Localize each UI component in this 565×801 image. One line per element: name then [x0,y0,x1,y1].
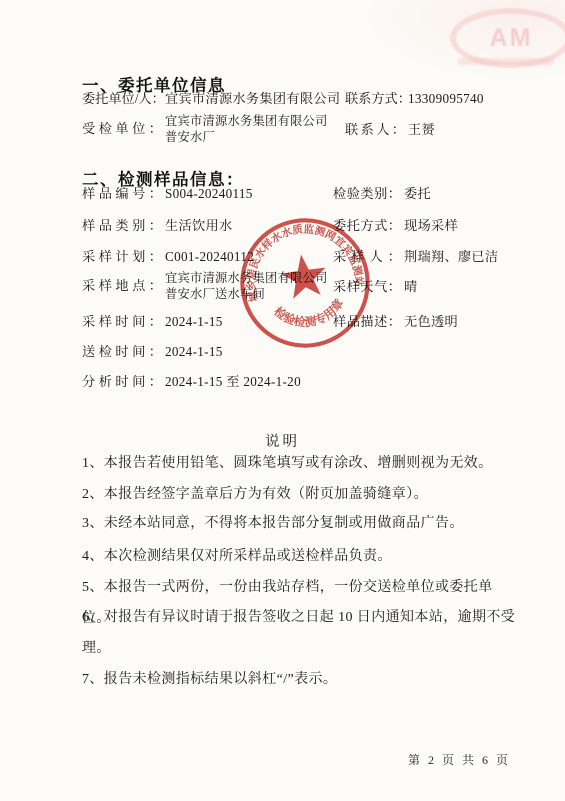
weather-value: 晴 [404,278,418,296]
row-analysis-time: 分析时间： 2024-1-15 至 2024-1-20 [82,373,301,391]
row-weather: 采样天气： 晴 [333,278,418,296]
sample-desc-value: 无色透明 [404,313,458,331]
note-item-2: 2、本报告经签字盖章后方为有效（附页加盖骑缝章）。 [82,479,520,510]
note-item-7: 7、报告未检测指标结果以斜杠“/”表示。 [82,664,520,695]
sample-type-value: 生活饮用水 [165,217,232,235]
sampler-value: 荆瑞翔、廖已洁 [404,248,498,266]
sampling-site-label: 采样地点： [82,277,162,295]
sampling-site-line1: 宜宾市清源水务集团有限公司 [165,270,327,287]
row-sample-desc: 样品描述： 无色透明 [333,313,458,331]
inspected-unit-value-line2: 普安水厂 [165,129,327,146]
row-delivery-time: 送检时间： 2024-1-15 [82,343,223,361]
watermark-text: AM [490,24,533,53]
row-sampling-plan: 采样计划： C001-20240112 [82,248,254,266]
row-sampler: 采样人： 荆瑞翔、廖已洁 [333,248,498,266]
sample-desc-label: 样品描述： [333,313,401,331]
contact-method-value: 13309095740 [408,90,484,108]
sampling-time-value: 2024-1-15 [165,313,223,331]
commission-mode-label: 委托方式： [333,217,401,235]
page-number: 第 2 页 共 6 页 [408,751,511,768]
sampling-time-label: 采样时间： [82,313,162,331]
contact-method-label: 联系方式： [345,90,405,108]
client-unit-value: 宜宾市清源水务集团有限公司 [165,90,340,108]
row-client-unit: 委托单位/人： 宜宾市清源水务集团有限公司 [82,90,340,108]
note-item-1: 1、本报告若使用铅笔、圆珠笔填写或有涂改、增删则视为无效。 [82,448,520,479]
note-item-4: 4、本次检测结果仅对所采样品或送检样品负责。 [82,541,520,572]
test-category-value: 委托 [404,185,431,203]
sample-type-label: 样品类别： [82,217,162,235]
client-unit-label: 委托单位/人： [82,90,162,108]
sample-no-value: S004-20240115 [165,185,253,203]
row-commission-mode: 委托方式： 现场采样 [333,217,458,235]
row-sampling-site: 采样地点： 宜宾市清源水务集团有限公司 普安水厂送水车间 [82,268,327,304]
row-contact-method: 联系方式： 13309095740 [345,90,484,108]
sampler-label: 采样人： [333,248,401,266]
inspected-unit-value: 宜宾市清源水务集团有限公司 普安水厂 [165,113,327,146]
weather-label: 采样天气： [333,278,401,296]
report-page: AM 一、委托单位信息 委托单位/人： 宜宾市清源水务集团有限公司 联系方式： … [0,0,565,801]
test-category-label: 检验类别： [333,185,401,203]
sampling-site-line2: 普安水厂送水车间 [165,286,327,303]
row-test-category: 检验类别： 委托 [333,185,431,203]
sample-no-label: 样品编号： [82,185,162,203]
sampling-plan-label: 采样计划： [82,248,162,266]
analysis-time-label: 分析时间： [82,373,162,391]
analysis-time-value: 2024-1-15 至 2024-1-20 [165,373,301,391]
delivery-time-label: 送检时间： [82,343,162,361]
inspected-unit-label: 受检单位： [82,120,162,138]
contact-person-value: 王赟 [408,121,435,139]
row-inspected-unit: 受检单位： 宜宾市清源水务集团有限公司 普安水厂 [82,111,327,147]
note-item-3: 3、未经本站同意，不得将本报告部分复制或用做商品广告。 [82,508,520,539]
delivery-time-value: 2024-1-15 [165,343,223,361]
contact-person-label: 联系人： [345,121,405,139]
sampling-plan-value: C001-20240112 [165,248,254,266]
note-item-6: 6、对报告有异议时请于报告签收之日起 10 日内通知本站，逾期不受理。 [82,602,520,664]
inspected-unit-value-line1: 宜宾市清源水务集团有限公司 [165,113,327,130]
row-sample-no: 样品编号： S004-20240115 [82,185,253,203]
row-sampling-time: 采样时间： 2024-1-15 [82,313,223,331]
row-sample-type: 样品类别： 生活饮用水 [82,217,232,235]
row-contact-person: 联系人： 王赟 [345,121,435,139]
commission-mode-value: 现场采样 [404,217,458,235]
sampling-site-value: 宜宾市清源水务集团有限公司 普安水厂送水车间 [165,270,327,303]
watermark-caption [458,58,554,65]
